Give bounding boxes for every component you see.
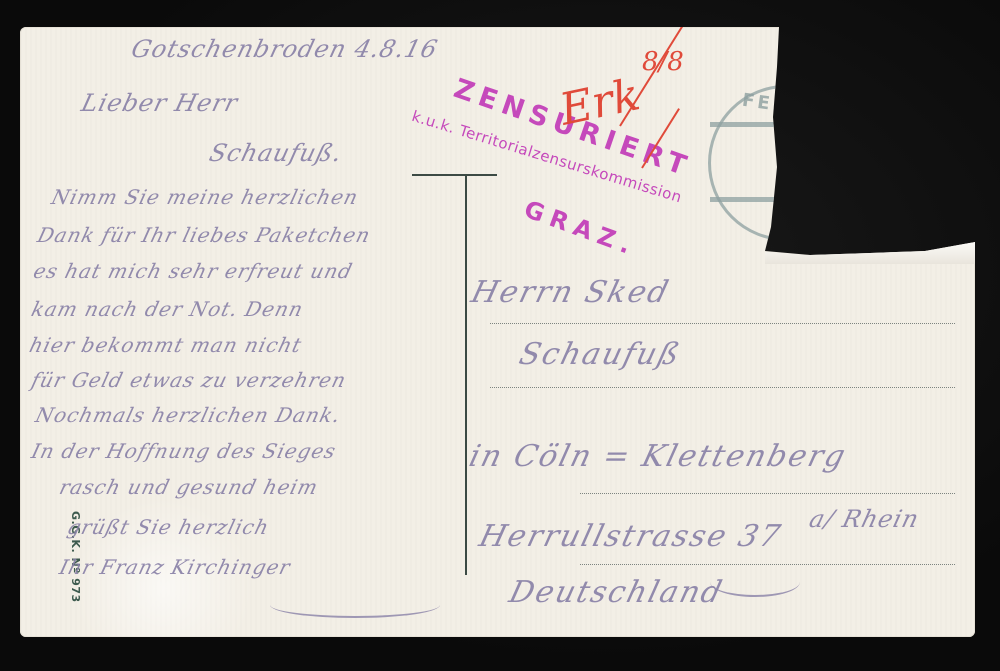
address-line: a/ Rhein [807,505,923,533]
postmark-bar-bottom [710,197,780,202]
address-line: Deutschland [506,575,727,610]
message-address-divider [465,175,467,575]
message-line: es hat mich sehr erfreut und [31,259,355,283]
pencil-number: 8/8 [642,47,684,77]
message-name: Schaufuß. [207,139,346,167]
message-line: für Geld etwas zu verzehren [29,368,349,392]
message-line: rasch und gesund heim [57,475,321,499]
address-line: Schaufuß [516,337,685,372]
postmark-bar-top [710,122,780,127]
message-line: hier bekommt man nicht [27,333,305,357]
signature-flourish [270,592,440,618]
stamp-area-divider [412,174,497,176]
message-salutation: Lieber Herr [79,89,242,117]
message-line: Nochmals herzlichen Dank. [33,403,344,427]
address-line-2 [490,387,955,388]
address-line-1 [490,323,955,324]
message-line: Dank für Ihr liebes Paketchen [35,223,373,247]
address-line: Herrn Sked [468,275,674,310]
message-line: kam nach der Not. Denn [29,297,306,321]
address-line-3 [580,493,955,494]
censor-stamp-city: GRAZ. [520,195,641,262]
message-signature: Ihr Franz Kirchinger [57,555,293,579]
address-line: Herrullstrasse 37 [476,519,786,554]
pencil-initials: Erk [556,69,645,135]
message-line: In der Hoffnung des Sieges [29,439,339,463]
message-line: grüßt Sie herzlich [65,515,272,539]
message-line: Nimm Sie meine herzlichen [49,185,361,209]
address-flourish [710,567,800,597]
message-dateline: Gotschenbroden 4.8.16 [129,35,441,63]
address-line: in Cöln = Klettenberg [466,439,851,474]
address-line-4 [580,564,955,565]
